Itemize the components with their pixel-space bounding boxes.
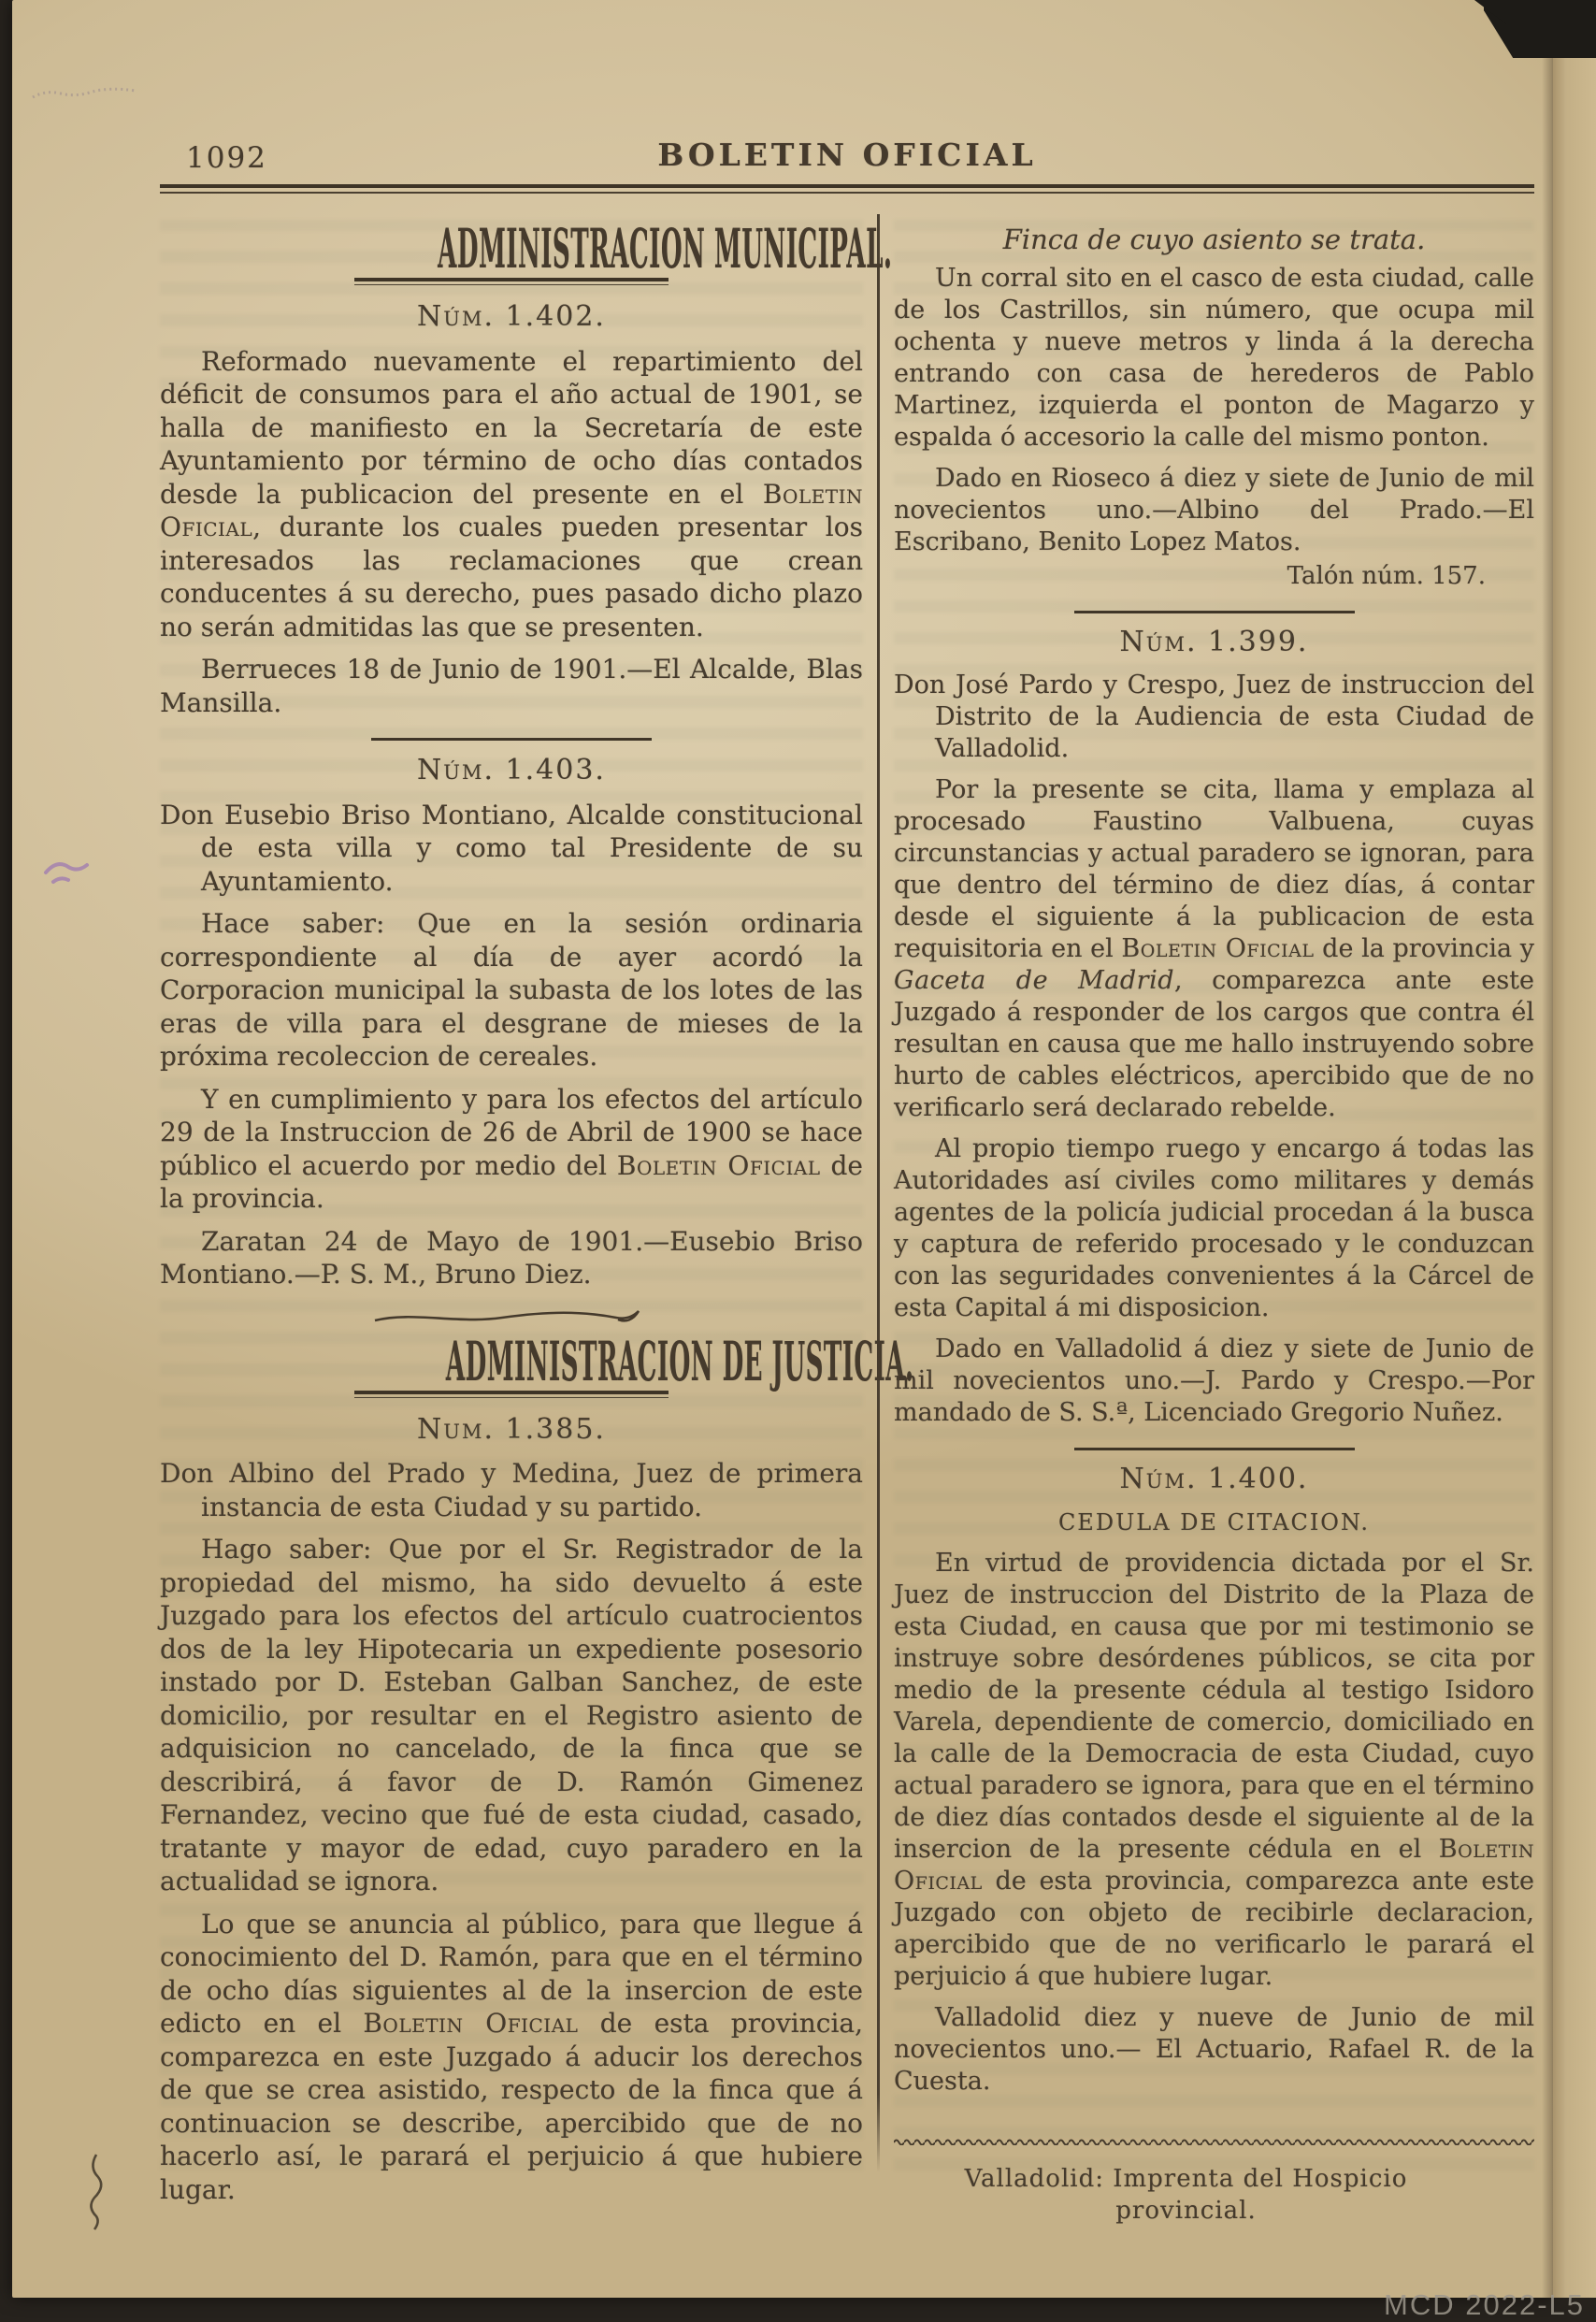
- page-number: 1092: [186, 141, 267, 175]
- notice-number-1385: Num. 1.385.: [160, 1413, 863, 1447]
- left-column: ADMINISTRACION MUNICIPAL. Núm. 1.402. Re…: [160, 214, 863, 2227]
- finca-heading: Finca de cuyo asiento se trata.: [894, 224, 1534, 255]
- purple-ink-mark: [40, 837, 143, 893]
- section-divider-rule: [1074, 611, 1355, 613]
- notice-paragraph: Y en cumplimiento y para los efectos del…: [160, 1083, 863, 1216]
- notice-paragraph: Un corral sito en el casco de esta ciuda…: [894, 263, 1534, 454]
- notice-paragraph: Reformado nuevamente el repartimiento de…: [160, 345, 863, 644]
- right-column: Finca de cuyo asiento se trata. Un corra…: [894, 214, 1534, 2227]
- notice-paragraph: En virtud de providencia dictada por el …: [894, 1548, 1534, 1993]
- adjacent-page-edge: [1553, 0, 1596, 2298]
- section-heading-municipal: ADMINISTRACION MUNICIPAL.: [160, 222, 863, 276]
- notice-paragraph: Por la presente se cita, llama y emplaza…: [894, 774, 1534, 1124]
- header-rule: [160, 184, 1534, 194]
- column-divider-rule: [877, 214, 880, 2172]
- notice-signature: Zaratan 24 de Mayo de 1901.—Eusebio Bris…: [160, 1225, 863, 1291]
- printed-content: 1092 BOLETIN OFICIAL ADMINISTRACION MUNI…: [160, 0, 1534, 2227]
- notice-paragraph: Don Eusebio Briso Montiano, Alcalde cons…: [160, 799, 863, 899]
- swash-flourish: [371, 1308, 652, 1327]
- wavy-rule: [894, 2122, 1534, 2154]
- masthead-title: BOLETIN OFICIAL: [657, 137, 1036, 173]
- faint-pencil-mark: [29, 82, 141, 107]
- scanned-page: 1092 BOLETIN OFICIAL ADMINISTRACION MUNI…: [12, 0, 1553, 2298]
- archive-watermark: MCD 2022-L5: [1384, 2288, 1585, 2322]
- cedula-subtitle: CEDULA DE CITACION.: [894, 1507, 1534, 1538]
- notice-number-1400: Núm. 1.400.: [894, 1464, 1534, 1495]
- talon-number: Talón núm. 157.: [894, 560, 1534, 592]
- notice-signature: Berrueces 18 de Junio de 1901.—El Alcald…: [160, 653, 863, 719]
- section-heading-justicia: ADMINISTRACION DE JUSTICIA.: [160, 1334, 863, 1389]
- section-divider-rule: [1074, 1448, 1355, 1450]
- notice-number-1399: Núm. 1.399.: [894, 627, 1534, 658]
- notice-paragraph: Don Albino del Prado y Medina, Juez de p…: [160, 1457, 863, 1523]
- notice-signature: Dado en Rioseco á diez y siete de Junio …: [894, 463, 1534, 558]
- page-header: 1092 BOLETIN OFICIAL: [160, 0, 1534, 173]
- printer-footer: Valladolid: Imprenta del Hospicio provin…: [894, 2163, 1478, 2227]
- notice-paragraph: Don José Pardo y Crespo, Juez de instruc…: [894, 670, 1534, 765]
- notice-signature: Valladolid diez y nueve de Junio de mil …: [894, 2002, 1534, 2098]
- notice-paragraph: Al propio tiempo ruego y encargo á todas…: [894, 1133, 1534, 1324]
- section-divider-rule: [371, 738, 652, 741]
- notice-signature: Dado en Valladolid á diez y siete de Jun…: [894, 1334, 1534, 1429]
- notice-paragraph: Lo que se anuncia al público, para que l…: [160, 1908, 863, 2207]
- notice-paragraph: Hago saber: Que por el Sr. Registrador d…: [160, 1533, 863, 1898]
- ink-squiggle-mark: [76, 2151, 113, 2235]
- text-columns: ADMINISTRACION MUNICIPAL. Núm. 1.402. Re…: [160, 214, 1534, 2227]
- notice-paragraph: Hace saber: Que en la sesión ordinaria c…: [160, 907, 863, 1074]
- notice-number-1403: Núm. 1.403.: [160, 754, 863, 787]
- notice-number-1402: Núm. 1.402.: [160, 300, 863, 334]
